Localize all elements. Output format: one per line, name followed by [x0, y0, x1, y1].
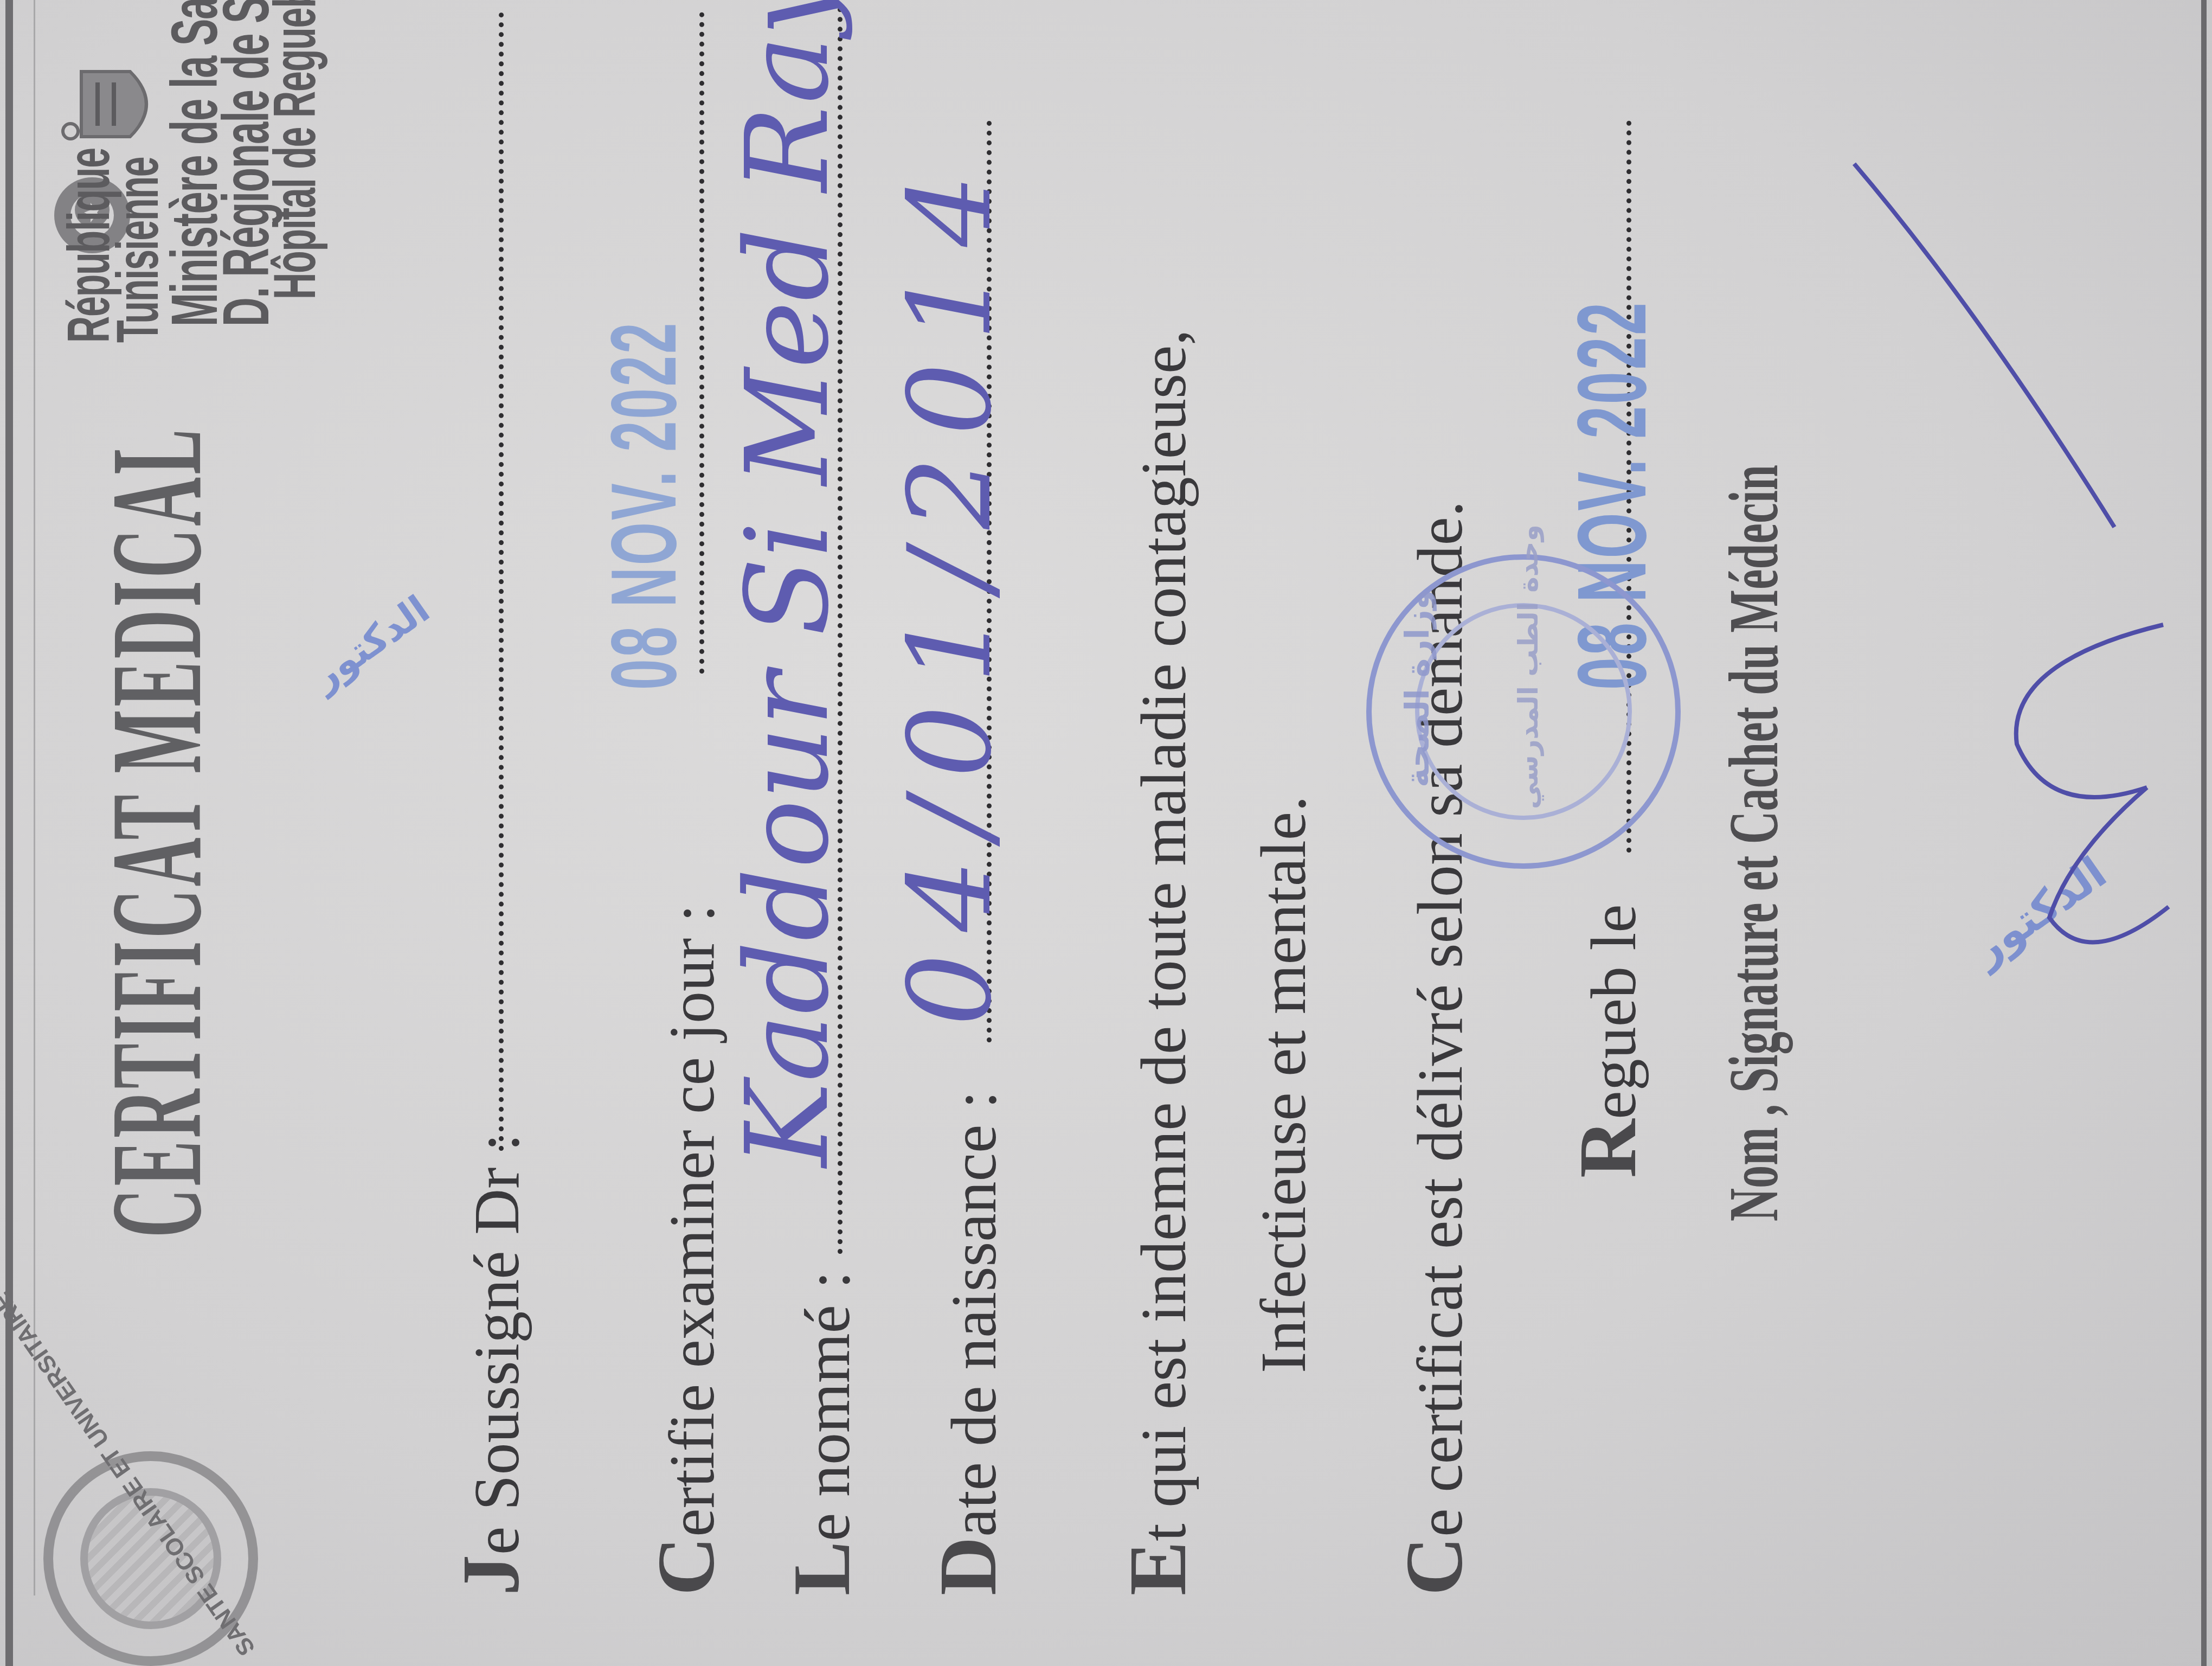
document-photo: République Tunisienne Ministère de la Sa… [0, 0, 2212, 1666]
doctor-signature [0, 0, 2212, 1666]
